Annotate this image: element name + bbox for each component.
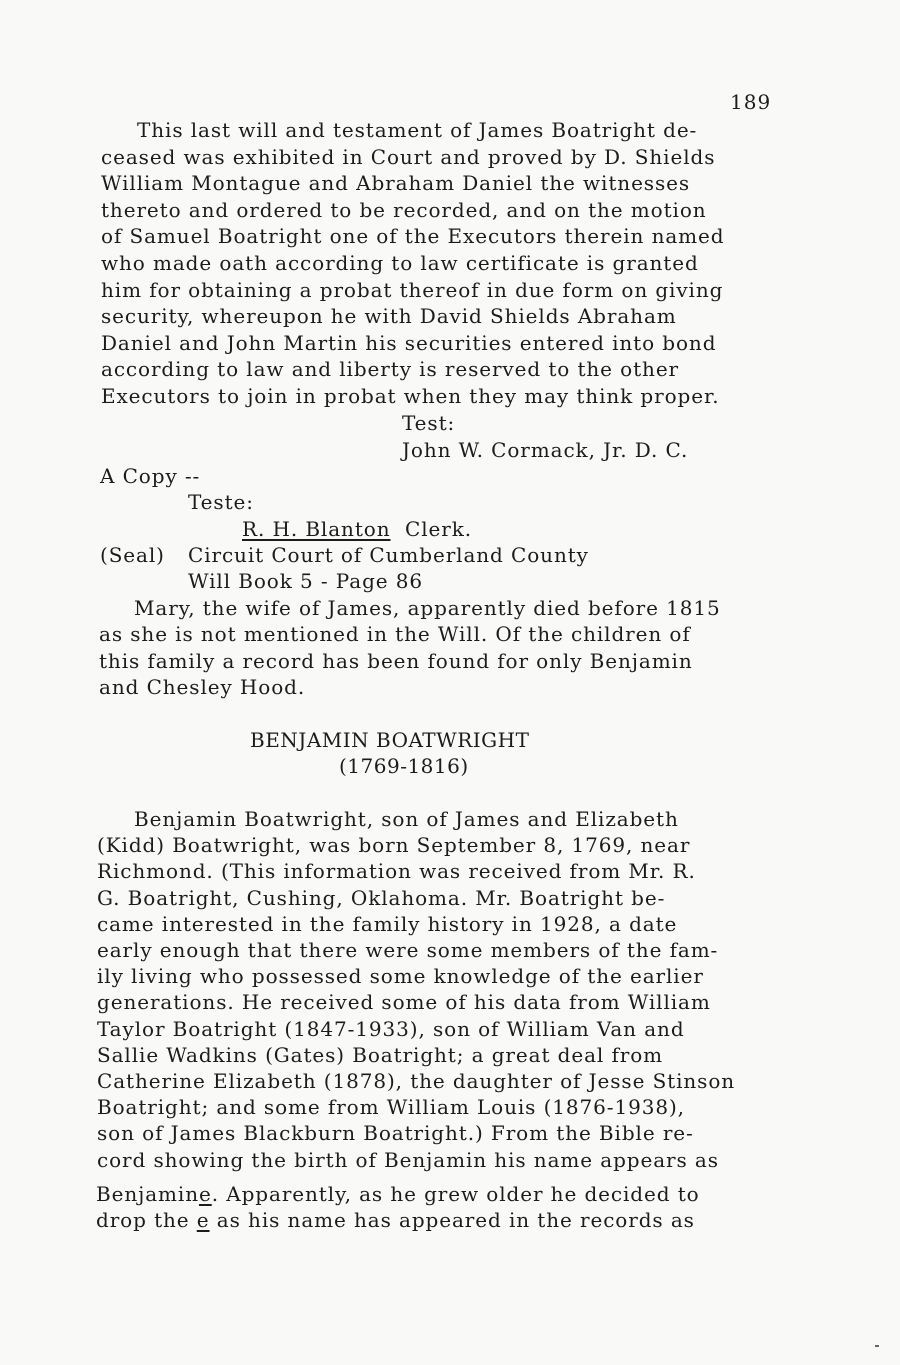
text: Benjamin	[96, 1182, 199, 1206]
section-dates: (1769-1816)	[339, 754, 469, 778]
text-line: William Montague and Abraham Daniel the …	[101, 170, 690, 196]
text-line: Benjamin Boatwright, son of James and El…	[134, 806, 679, 832]
final-line-2: drop the e as his name has appeared in t…	[96, 1207, 695, 1233]
text-line: and Chesley Hood.	[99, 674, 305, 700]
text-line: generations. He received some of his dat…	[97, 989, 711, 1015]
copy-label: A Copy --	[100, 463, 200, 489]
page-number: 189	[730, 90, 771, 114]
text-line: This last will and testament of James Bo…	[137, 117, 697, 143]
text-line: Daniel and John Martin his securities en…	[101, 330, 716, 356]
underlined-e: e	[197, 1208, 210, 1232]
text-line: ily living who possessed some knowledge …	[97, 963, 704, 989]
text-line: of Samuel Boatright one of the Executors…	[101, 223, 724, 249]
text-line: Boatright; and some from William Louis (…	[97, 1094, 685, 1120]
text: as his name has appeared in the records …	[210, 1208, 695, 1232]
test-label: Test:	[402, 410, 455, 436]
text-line: cord showing the birth of Benjamin his n…	[97, 1147, 719, 1173]
clerk-name: R. H. Blanton	[242, 517, 391, 541]
text-line: Richmond. (This information was received…	[97, 858, 696, 884]
text-line: him for obtaining a probat thereof in du…	[101, 277, 723, 303]
text-line: security, whereupon he with David Shield…	[101, 303, 677, 329]
text-line: according to law and liberty is reserved…	[101, 356, 679, 382]
test-signer: John W. Cormack, Jr. D. C.	[402, 437, 688, 463]
text-line: who made oath according to law certifica…	[101, 250, 699, 276]
court-name: Circuit Court of Cumberland County	[188, 542, 589, 568]
text-line: came interested in the family history in…	[97, 911, 677, 937]
text-line: son of James Blackburn Boatright.) From …	[97, 1120, 694, 1146]
final-line-1: Benjamine. Apparently, as he grew older …	[96, 1181, 700, 1207]
text-line: Taylor Boatright (1847-1933), son of Wil…	[97, 1016, 685, 1042]
text-line: Mary, the wife of James, apparently died…	[134, 595, 721, 621]
clerk-title: Clerk.	[405, 517, 472, 541]
text-line: thereto and ordered to be recorded, and …	[101, 197, 707, 223]
teste-label: Teste:	[188, 489, 254, 515]
text: drop the	[96, 1208, 197, 1232]
book-reference: Will Book 5 - Page 86	[188, 568, 423, 594]
text-line: Sallie Wadkins (Gates) Boatright; a grea…	[97, 1042, 663, 1068]
text-line: early enough that there were some member…	[97, 937, 718, 963]
underlined-e: e	[199, 1182, 212, 1206]
text-line: ceased was exhibited in Court and proved…	[101, 144, 715, 170]
text-line: Executors to join in probat when they ma…	[101, 383, 720, 409]
text: . Apparently, as he grew older he decide…	[212, 1182, 700, 1206]
clerk-line: R. H. Blanton Clerk.	[242, 516, 472, 542]
section-title: BENJAMIN BOATWRIGHT	[250, 728, 529, 752]
text-line: G. Boatright, Cushing, Oklahoma. Mr. Boa…	[97, 885, 665, 911]
seal-label: (Seal)	[100, 542, 165, 568]
text-line: this family a record has been found for …	[99, 648, 693, 674]
scan-mark	[875, 1345, 879, 1347]
text-line: Catherine Elizabeth (1878), the daughter…	[97, 1068, 735, 1094]
text-line: as she is not mentioned in the Will. Of …	[99, 621, 691, 647]
text-line: (Kidd) Boatwright, was born September 8,…	[97, 832, 690, 858]
